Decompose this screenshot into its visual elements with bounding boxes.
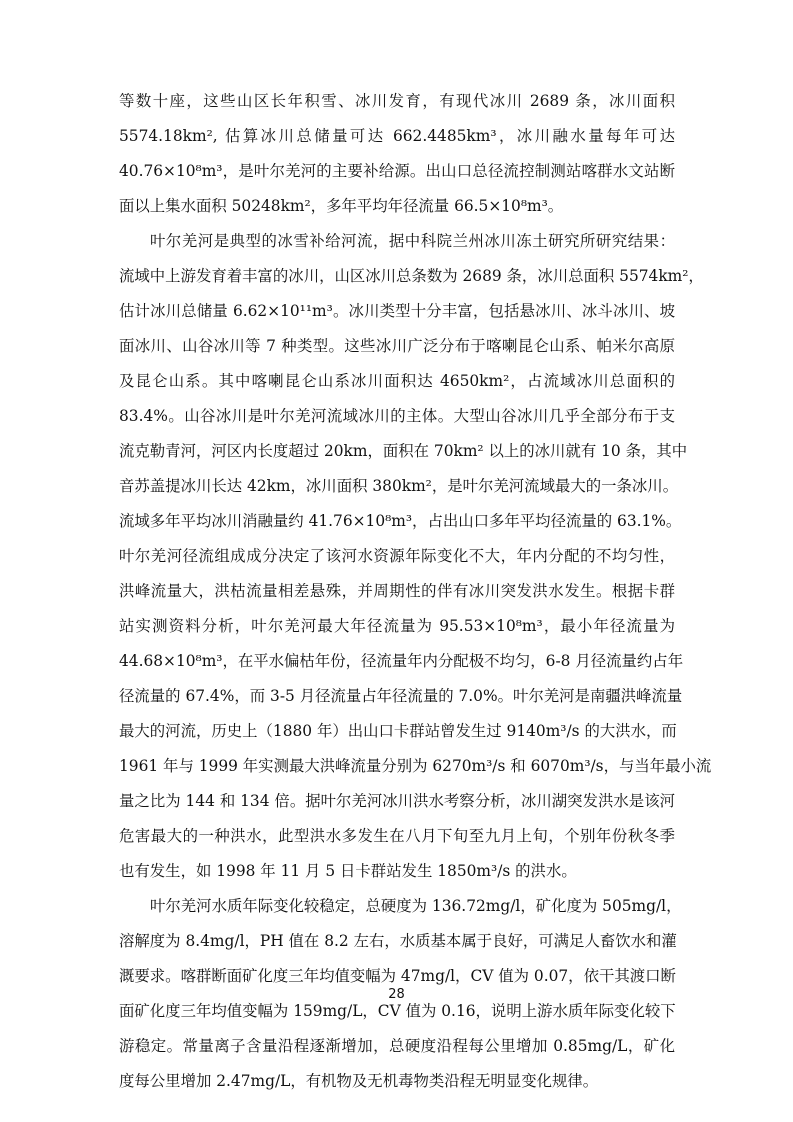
text-line: 面冰川、山谷冰川等 7 种类型。这些冰川广泛分布于喀喇昆仑山系、帕米尔高原 <box>119 329 675 364</box>
paragraph-glacier-overview: 等数十座，这些山区长年积雪、冰川发育，有现代冰川 2689 条，冰川面积 557… <box>119 84 675 224</box>
text-line: 叶尔羌河径流组成成分决定了该河水资源年际变化不大，年内分配的不均匀性， <box>119 539 675 574</box>
text-line: 洪峰流量大，洪枯流量相差悬殊，并周期性的伴有冰川突发洪水发生。根据卡群 <box>119 574 675 609</box>
text-line: 及昆仑山系。其中喀喇昆仑山系冰川面积达 4650km²，占流域冰川总面积的 <box>119 364 675 399</box>
text-line: 度每公里增加 2.47mg/L，有机物及无机毒物类沿程无明显变化规律。 <box>119 1064 675 1099</box>
text-line: 溶解度为 8.4mg/l，PH 值在 8.2 左右，水质基本属于良好，可满足人畜… <box>119 924 675 959</box>
text-line: 危害最大的一种洪水，此型洪水多发生在八月下旬至九月上旬，个别年份秋冬季 <box>119 819 675 854</box>
text-line: 5574.18km², 估算冰川总储量可达 662.4485km³，冰川融水量每… <box>119 119 675 154</box>
text-line: 游稳定。常量离子含量沿程逐渐增加，总硬度沿程每公里增加 0.85mg/L，矿化 <box>119 1029 675 1064</box>
text-line: 叶尔羌河是典型的冰雪补给河流，据中科院兰州冰川冻土研究所研究结果： <box>119 224 675 259</box>
text-line: 径流量的 67.4%，而 3-5 月径流量占年径流量的 7.0%。叶尔羌河是南疆… <box>119 679 675 714</box>
text-line: 流域多年平均冰川消融量约 41.76×10⁸m³，占出山口多年平均径流量的 63… <box>119 504 675 539</box>
text-line: 44.68×10⁸m³，在平水偏枯年份，径流量年内分配极不均匀，6-8 月径流量… <box>119 644 675 679</box>
paragraph-glacier-runoff: 叶尔羌河是典型的冰雪补给河流，据中科院兰州冰川冻土研究所研究结果： 流域中上游发… <box>119 224 675 889</box>
text-line: 等数十座，这些山区长年积雪、冰川发育，有现代冰川 2689 条，冰川面积 <box>119 84 675 119</box>
text-line: 最大的河流，历史上（1880 年）出山口卡群站曾发生过 9140m³/s 的大洪… <box>119 714 675 749</box>
text-line: 1961 年与 1999 年实测最大洪峰流量分别为 6270m³/s 和 607… <box>119 749 675 784</box>
text-line: 也有发生，如 1998 年 11 月 5 日卡群站发生 1850m³/s 的洪水… <box>119 854 675 889</box>
page-number: 28 <box>0 987 793 1002</box>
text-line: 流域中上游发育着丰富的冰川，山区冰川总条数为 2689 条，冰川总面积 5574… <box>119 259 675 294</box>
text-line: 估计冰川总储量 6.62×10¹¹m³。冰川类型十分丰富，包括悬冰川、冰斗冰川、… <box>119 294 675 329</box>
document-page: 等数十座，这些山区长年积雪、冰川发育，有现代冰川 2689 条，冰川面积 557… <box>119 84 675 1099</box>
text-line: 量之比为 144 和 134 倍。据叶尔羌河冰川洪水考察分析，冰川湖突发洪水是该… <box>119 784 675 819</box>
text-line: 40.76×10⁸m³，是叶尔羌河的主要补给源。出山口总径流控制测站喀群水文站断 <box>119 154 675 189</box>
text-line: 83.4%。山谷冰川是叶尔羌河流域冰川的主体。大型山谷冰川几乎全部分布于支 <box>119 399 675 434</box>
text-line: 叶尔羌河水质年际变化较稳定，总硬度为 136.72mg/l，矿化度为 505mg… <box>119 889 675 924</box>
text-line: 站实测资料分析，叶尔羌河最大年径流量为 95.53×10⁸m³，最小年径流量为 <box>119 609 675 644</box>
text-line: 流克勒青河，河区内长度超过 20km，面积在 70km² 以上的冰川就有 10 … <box>119 434 675 469</box>
text-line: 面以上集水面积 50248km²，多年平均年径流量 66.5×10⁸m³。 <box>119 189 675 224</box>
text-line: 音苏盖提冰川长达 42km，冰川面积 380km²，是叶尔羌河流域最大的一条冰川… <box>119 469 675 504</box>
